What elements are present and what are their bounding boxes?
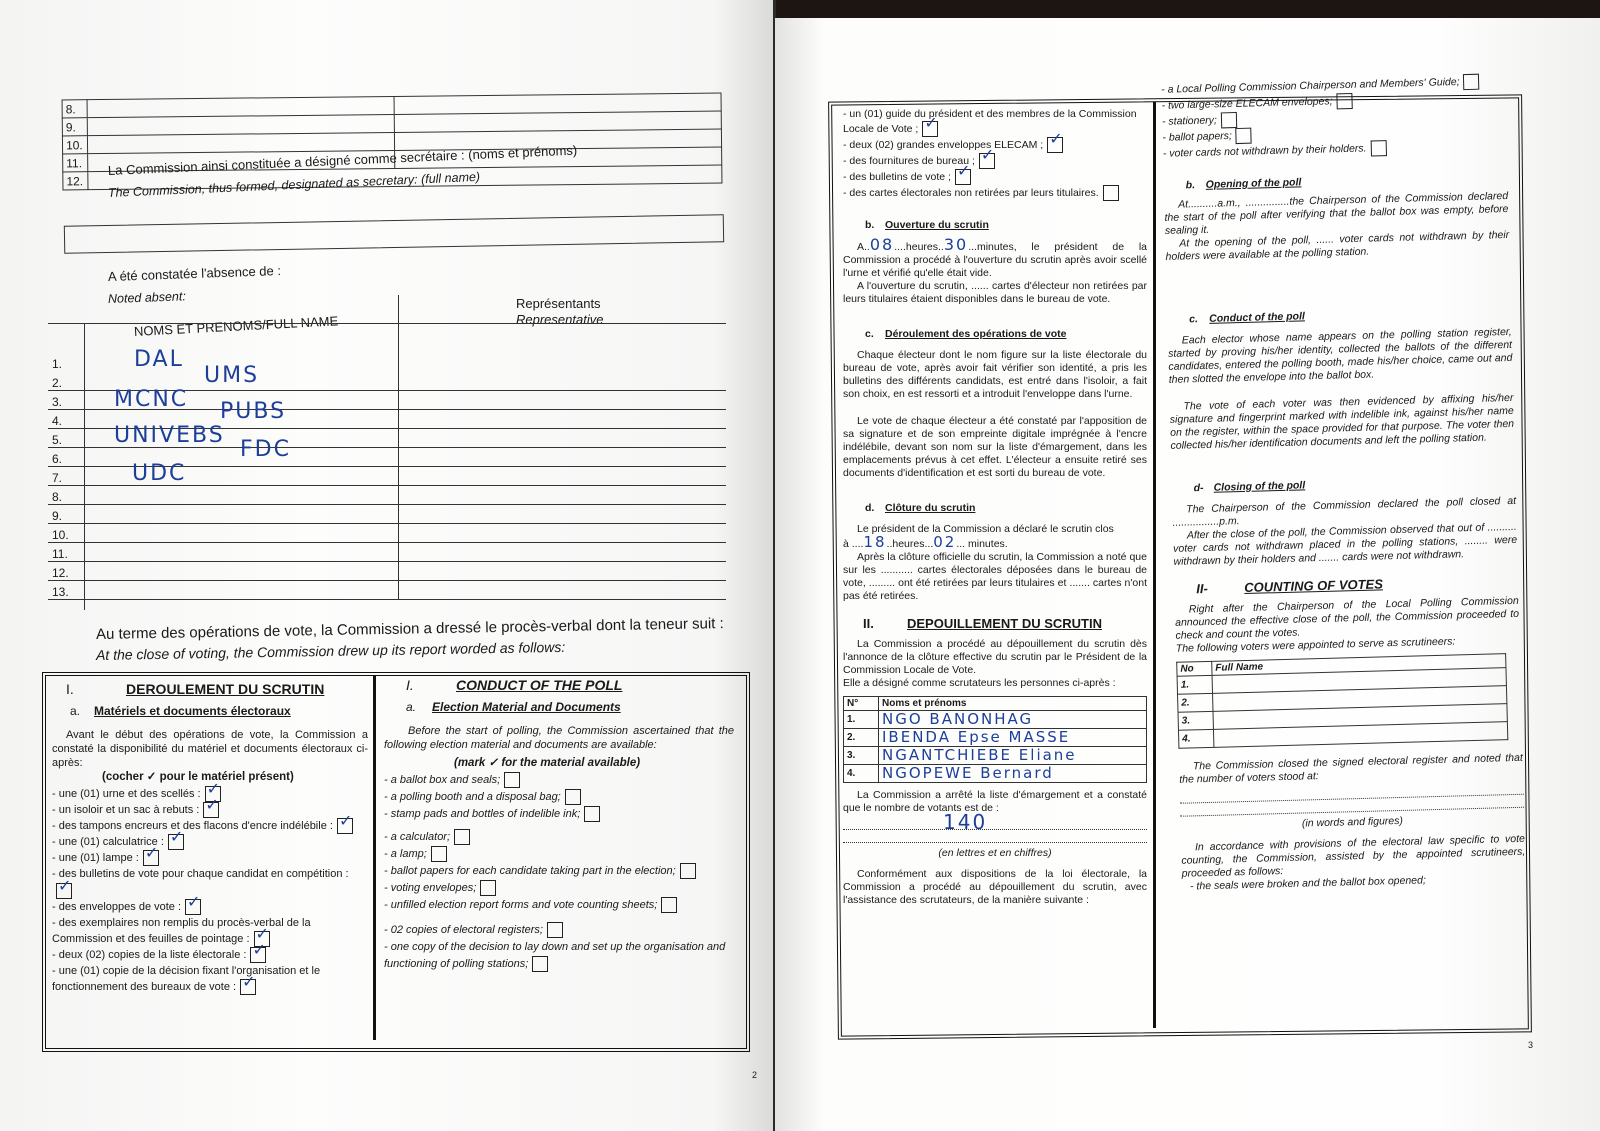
instruction-en: (mark ✓ for the material available) — [384, 756, 734, 770]
voters-text-fr: La Commission a arrêté la liste d'émarge… — [843, 789, 1147, 815]
table-row: 2.IBENDA Epse MASSE — [844, 729, 1147, 747]
fr-checklist-continued: - un (01) guide du président et des memb… — [843, 108, 1147, 201]
checkbox[interactable] — [56, 883, 72, 899]
fr-column: I.DEROULEMENT DU SCRUTIN a.Matériels et … — [52, 682, 368, 995]
subsection-a-title-fr: Matériels et documents électoraux — [94, 704, 291, 718]
checkbox[interactable] — [661, 897, 677, 913]
checkbox[interactable] — [1370, 140, 1386, 156]
opening-minutes[interactable]: 30 — [944, 235, 968, 254]
opening-title-fr: Ouverture du scrutin — [885, 219, 989, 231]
checklist-item: - des fournitures de bureau ; — [843, 153, 1147, 169]
checklist-item: - une (01) copie de la décision fixant l… — [52, 963, 368, 995]
handwritten-absent-5: UNIVEBS — [114, 423, 225, 448]
checkbox[interactable] — [1236, 128, 1252, 144]
intro-fr: Avant le début des opérations de vote, l… — [52, 728, 368, 770]
checklist-item: - ballot papers for each candidate takin… — [384, 863, 734, 880]
checkbox[interactable] — [454, 829, 470, 845]
handwritten-absent-4: PUBS — [220, 399, 286, 424]
subsection-a-title-en: Election Material and Documents — [432, 700, 621, 714]
closing-title-en: Closing of the poll — [1213, 479, 1305, 493]
checklist-item: - a polling booth and a disposal bag; — [384, 789, 734, 806]
checkbox[interactable] — [979, 153, 995, 169]
scrutineer-name[interactable]: NGO BANONHAG — [879, 711, 1147, 729]
representative-header-en: Representative — [516, 313, 603, 327]
voters-count-field[interactable]: 140 — [843, 830, 1147, 843]
counting-title-fr: DEPOUILLEMENT DU SCRUTIN — [907, 616, 1102, 631]
right-page: - un (01) guide du président et des memb… — [775, 18, 1600, 1131]
fr-right-column: - un (01) guide du président et des memb… — [843, 108, 1147, 907]
checklist-item: - a ballot box and seals; — [384, 772, 734, 789]
checkbox[interactable] — [1221, 112, 1237, 128]
closing-statement-en: At the close of voting, the Commission d… — [96, 640, 565, 662]
opening-cards-fr: A l'ouverture du scrutin, ...... cartes … — [843, 280, 1147, 306]
en-checklist: - a ballot box and seals; - a polling bo… — [384, 772, 734, 973]
checklist-item: - unfilled election report forms and vot… — [384, 897, 734, 914]
checkbox[interactable] — [1336, 93, 1352, 109]
checkbox[interactable] — [680, 863, 696, 879]
checkbox[interactable] — [337, 818, 353, 834]
voters-text-en: The Commission closed the signed elector… — [1179, 752, 1524, 787]
table-row: 3.NGANTCHIEBE Eliane — [844, 747, 1147, 765]
checkbox[interactable] — [584, 806, 600, 822]
conduct-text2-en: The vote of each voter was then evidence… — [1169, 392, 1514, 453]
scrutineers-table-en: NoFull Name 1. 2. 3. 4. — [1176, 653, 1508, 749]
closing-time-fr: à ....18..heures...02... minutes. — [843, 536, 1147, 551]
closing-text2-en: After the close of the poll, the Commiss… — [1173, 521, 1518, 569]
checkbox[interactable] — [1103, 185, 1119, 201]
closing-text1-fr: Le président de la Commission a déclaré … — [843, 523, 1147, 536]
checkbox[interactable] — [565, 789, 581, 805]
closing-minutes[interactable]: 02 — [933, 533, 956, 551]
checklist-item: - stamp pads and bottles of indelible in… — [384, 806, 734, 823]
handwritten-absent-7: UDC — [132, 461, 186, 486]
section-title-fr: DEROULEMENT DU SCRUTIN — [126, 681, 324, 697]
opening-text-fr: A..08....heures..30...minutes, le présid… — [843, 238, 1147, 280]
checklist-item: - a lamp; — [384, 846, 734, 863]
closing-text2-fr: Après la clôture officielle du scrutin, … — [843, 551, 1147, 603]
checklist-item: - deux (02) copies de la liste électoral… — [52, 947, 368, 963]
section-title-en: CONDUCT OF THE POLL — [456, 677, 622, 693]
checkbox[interactable] — [168, 834, 184, 850]
en-checklist-continued: - a Local Polling Commission Chairperson… — [1161, 73, 1507, 162]
scrutineers-table-fr: N°Noms et prénoms 1.NGO BANONHAG 2.IBEND… — [843, 696, 1147, 783]
checklist-item: - une (01) lampe : — [52, 850, 368, 866]
conduct-title-fr: Déroulement des opérations de vote — [885, 328, 1066, 340]
checklist-item: - a calculator; — [384, 829, 734, 846]
table-row: 1.NGO BANONHAG — [844, 711, 1147, 729]
handwritten-absent-6: FDC — [240, 437, 291, 462]
closing-title-fr: Clôture du scrutin — [885, 502, 975, 514]
checklist-item: - des enveloppes de vote : — [52, 899, 368, 915]
checkbox[interactable] — [250, 947, 266, 963]
counting-text2-fr: Elle a désigné comme scrutateurs les per… — [843, 677, 1147, 690]
handwritten-absent-2: UMS — [204, 363, 259, 388]
counting-text1-fr: La Commission a procédé au dépouillement… — [843, 638, 1147, 677]
checkbox[interactable] — [240, 979, 256, 995]
checkbox[interactable] — [185, 899, 201, 915]
voters-count: 140 — [943, 816, 987, 829]
checkbox[interactable] — [1047, 137, 1063, 153]
checkbox[interactable] — [922, 121, 938, 137]
column-divider — [373, 676, 376, 1040]
absent-label-fr: A été constatée l'absence de : — [108, 264, 281, 284]
checkbox[interactable] — [547, 922, 563, 938]
checklist-item: - 02 copies of electoral registers; — [384, 922, 734, 939]
left-page: 8. 9. 10. 11. 12. La Commission ainsi co… — [0, 0, 775, 1131]
scrutineer-name[interactable]: NGOPEWE Bernard — [879, 765, 1147, 783]
final-text-fr: Conformément aux dispositions de la loi … — [843, 868, 1147, 907]
table-header: N°Noms et prénoms — [844, 697, 1147, 711]
conduct-text1-en: Each elector whose name appears on the p… — [1168, 326, 1513, 387]
checklist-item: - one copy of the decision to lay down a… — [384, 939, 734, 973]
checkbox[interactable] — [431, 846, 447, 862]
conduct-title-en: Conduct of the poll — [1209, 310, 1305, 324]
checklist-item: - deux (02) grandes enveloppes ELECAM ; — [843, 137, 1147, 153]
secretary-field[interactable] — [64, 214, 724, 254]
checkbox[interactable] — [504, 772, 520, 788]
voters-hint-fr: (en lettres et en chiffres) — [843, 847, 1147, 860]
checkbox[interactable] — [203, 802, 219, 818]
closing-statement-fr: Au terme des opérations de vote, la Comm… — [96, 617, 724, 642]
checkbox[interactable] — [955, 169, 971, 185]
counting-title-en: COUNTING OF VOTES — [1244, 576, 1383, 595]
conduct-text2-fr: Le vote de chaque électeur a été constat… — [843, 415, 1147, 480]
checklist-item: - des tampons encreurs et des flacons d'… — [52, 818, 368, 834]
full-name-header: NOMS ET PRENOMS/FULL NAME — [134, 314, 339, 339]
table-row: 4.NGOPEWE Bernard — [844, 765, 1147, 783]
checklist-item: - une (01) calculatrice : — [52, 834, 368, 850]
checklist-item: - des exemplaires non remplis du procès-… — [52, 915, 368, 947]
conduct-text1-fr: Chaque électeur dont le nom figure sur l… — [843, 349, 1147, 401]
absent-table: Représentants Representative NOMS ET PRE… — [48, 295, 726, 610]
scrutineer-name[interactable]: NGANTCHIEBE Eliane — [879, 747, 1147, 765]
handwritten-absent-3: MCNC — [114, 387, 188, 412]
column-divider — [1153, 102, 1156, 1028]
checkbox[interactable] — [480, 880, 496, 896]
page-number-right: 3 — [1528, 1040, 1533, 1050]
scrutineer-name[interactable]: IBENDA Epse MASSE — [879, 729, 1147, 747]
checklist-item: - des bulletins de vote ; — [843, 169, 1147, 185]
checkbox[interactable] — [143, 850, 159, 866]
fr-checklist: - une (01) urne et des scellés : - un is… — [52, 786, 368, 995]
checklist-item: - voting envelopes; — [384, 880, 734, 897]
opening-hours[interactable]: 08 — [870, 235, 894, 254]
checklist-item: - des cartes électorales non retirées pa… — [843, 185, 1147, 201]
closing-hours[interactable]: 18 — [863, 533, 886, 551]
checklist-item: - des bulletins de vote pour chaque cand… — [52, 866, 368, 898]
opening-title-en: Opening of the poll — [1206, 176, 1302, 190]
handwritten-absent-1: DAL — [134, 347, 184, 372]
en-right-column: - a Local Polling Commission Chairperson… — [1161, 73, 1526, 894]
page-number-left: 2 — [752, 1070, 757, 1080]
representative-header-fr: Représentants — [516, 297, 601, 311]
checklist-item: - un (01) guide du président et des memb… — [843, 108, 1147, 137]
intro-en: Before the start of polling, the Commiss… — [384, 724, 734, 752]
checkbox[interactable] — [532, 956, 548, 972]
en-column: I.CONDUCT OF THE POLL a.Election Materia… — [384, 678, 734, 973]
checklist-item: - un isoloir et un sac à rebuts : — [52, 802, 368, 818]
checkbox[interactable] — [1463, 74, 1479, 90]
